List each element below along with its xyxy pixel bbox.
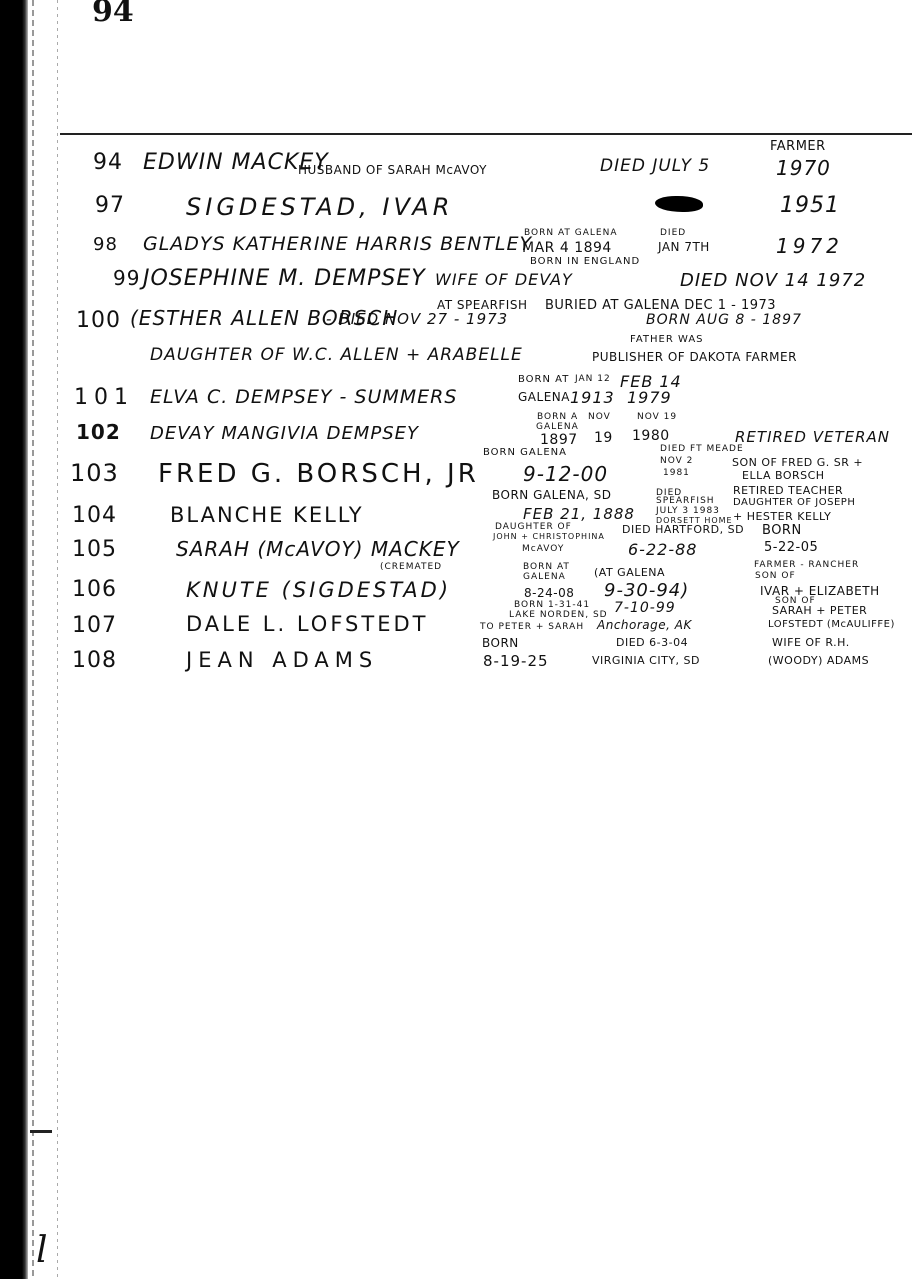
entry-number: 103 xyxy=(70,459,119,487)
entry-name: DALE L. LOFSTEDT xyxy=(186,612,428,636)
entry-note: BORN AT xyxy=(523,562,570,572)
entry-note: DIED 6-3-04 xyxy=(616,636,688,649)
entry-note: LAKE NORDEN, SD xyxy=(509,610,608,620)
entry-note: BORN AT GALENA xyxy=(524,228,617,238)
entry-note: 8-19-25 xyxy=(483,652,549,670)
entry-note: 6-22-88 xyxy=(628,540,697,559)
entry-note: BORN AUG 8 - 1897 xyxy=(646,312,802,328)
entry-note: RETIRED TEACHER xyxy=(733,484,843,497)
entry-note: WIFE OF R.H. xyxy=(772,636,850,649)
entry-note: BORN GALENA xyxy=(483,447,567,458)
ink-blot xyxy=(655,196,703,212)
entry-number: 104 xyxy=(72,503,117,528)
entry-note: AT SPEARFISH xyxy=(437,298,528,312)
header-rule xyxy=(60,133,912,135)
entry-note: JOHN + CHRISTOPHINA xyxy=(493,532,605,541)
entry-note: + HESTER KELLY xyxy=(733,510,831,523)
page-number: 94 xyxy=(92,0,134,29)
entry-note: 9-30-94) xyxy=(604,580,689,601)
entry-note: JAN 7TH xyxy=(658,240,710,254)
book-binding-shadow xyxy=(0,0,28,1279)
entry-note: BORN 1-31-41 xyxy=(514,600,590,610)
entry-note: BORN GALENA, SD xyxy=(492,488,612,502)
entry-name: SARAH (McAVOY) MACKEY xyxy=(176,537,460,561)
entry-note: GALENA xyxy=(523,572,566,582)
entry-note: DIED JULY 5 xyxy=(600,156,710,176)
entry-note: FATHER WAS xyxy=(630,334,704,345)
entry-note: SON OF xyxy=(755,571,796,581)
entry-note: FARMER - RANCHER xyxy=(754,560,859,570)
entry-number: 106 xyxy=(72,577,117,602)
entry-note: 1981 xyxy=(663,468,690,478)
entry-note: BORN AT xyxy=(518,374,569,385)
entry-note: TO PETER + SARAH xyxy=(480,622,584,632)
entry-note: FARMER xyxy=(770,139,826,154)
entry-note: 1979 xyxy=(627,388,672,407)
entry-note: RETIRED VETERAN xyxy=(735,428,890,446)
entry-note: LOFSTEDT (McAULIFFE) xyxy=(768,619,895,630)
entry-number: 105 xyxy=(72,537,117,562)
entry-note: 1951 xyxy=(780,193,840,218)
entry-number: 97 xyxy=(95,193,125,218)
entry-name: GLADYS KATHERINE HARRIS BENTLEY xyxy=(143,233,532,255)
entry-note: SON OF FRED G. SR + xyxy=(732,456,863,469)
entry-note: 9-12-00 xyxy=(523,462,608,486)
entry-note: 7-10-99 xyxy=(614,600,676,616)
entry-number: 101 xyxy=(74,385,134,410)
entry-line-2-note: PUBLISHER OF DAKOTA FARMER xyxy=(592,350,797,364)
entry-name: JEAN ADAMS xyxy=(186,648,378,672)
entry-note: BURIED AT GALENA DEC 1 - 1973 xyxy=(545,298,776,313)
entry-note: NOV 19 xyxy=(637,412,677,422)
entry-number: 94 xyxy=(93,150,123,175)
entry-note: BORN xyxy=(482,636,519,650)
entry-note: DIED HARTFORD, SD xyxy=(622,523,744,536)
entry-note: GALENA xyxy=(518,390,570,404)
entry-note: - DIED NOV 27 - 1973 xyxy=(326,310,508,328)
entry-note: GALENA xyxy=(536,422,579,432)
entry-note: ELLA BORSCH xyxy=(742,469,825,482)
entry-note: JAN 12 xyxy=(575,374,611,384)
entry-note: DAUGHTER OF xyxy=(495,522,572,532)
entry-note: 19 xyxy=(594,430,613,446)
entry-note: 1972 xyxy=(776,234,843,258)
entry-note: (CREMATED xyxy=(380,562,442,572)
entry-note: NOV xyxy=(588,412,611,422)
entry-note: 8-24-08 xyxy=(524,586,574,600)
entry-note: 1913 xyxy=(570,388,615,407)
entry-note: DIED xyxy=(660,228,686,238)
entry-note: BORN IN ENGLAND xyxy=(530,256,640,267)
entry-note: McAVOY xyxy=(522,544,564,554)
entry-name: BLANCHE KELLY xyxy=(170,503,364,527)
entry-note: DIED NOV 14 1972 xyxy=(680,270,866,291)
entry-note: (WOODY) ADAMS xyxy=(768,654,869,667)
entry-note: BORN A xyxy=(537,412,578,422)
entry-number: 102 xyxy=(76,420,121,444)
entry-note: JULY 3 1983 xyxy=(656,506,720,516)
margin-tick-mark xyxy=(30,1130,52,1133)
margin-handwriting: l xyxy=(36,1230,48,1271)
entry-note: MAR 4 1894 xyxy=(522,240,612,256)
binding-edge xyxy=(32,0,34,1279)
entry-number: 100 xyxy=(76,308,121,333)
entry-name: JOSEPHINE M. DEMPSEY xyxy=(143,266,426,291)
entry-note: 1980 xyxy=(632,428,670,444)
entry-note: Anchorage, AK xyxy=(597,618,692,632)
entry-name: DEVAY MANGIVIA DEMPSEY xyxy=(150,423,419,444)
entry-name: KNUTE (SIGDESTAD) xyxy=(186,578,451,602)
entry-note: 5-22-05 xyxy=(764,540,818,555)
entry-number: 98 xyxy=(93,234,118,255)
entry-number: 99 xyxy=(113,266,140,290)
entry-name: SIGDESTAD, IVAR xyxy=(186,193,453,221)
entry-note: FEB 21, 1888 xyxy=(523,505,635,523)
entry-name: ELVA C. DEMPSEY - SUMMERS xyxy=(150,386,457,408)
entry-note: VIRGINIA CITY, SD xyxy=(592,654,700,667)
entry-note: HUSBAND OF SARAH McAVOY xyxy=(298,163,487,177)
entry-note: NOV 2 xyxy=(660,456,693,466)
entry-line-2: DAUGHTER OF W.C. ALLEN + ARABELLE xyxy=(150,345,523,365)
entry-note: DAUGHTER OF JOSEPH xyxy=(733,497,855,508)
entry-note: BORN xyxy=(762,523,802,538)
entry-name: FRED G. BORSCH, JR xyxy=(158,459,479,489)
margin-rule xyxy=(57,0,58,1279)
entry-note: SARAH + PETER xyxy=(772,604,867,617)
entry-number: 108 xyxy=(72,648,117,673)
entry-note: 1970 xyxy=(776,156,831,180)
entry-note: DIED FT MEADE xyxy=(660,444,744,454)
entry-note: (AT GALENA xyxy=(594,566,665,579)
entry-note: SPEARFISH xyxy=(656,496,715,506)
entry-note: 1897 xyxy=(540,432,578,448)
entry-note: WIFE OF DEVAY xyxy=(435,270,573,289)
entry-number: 107 xyxy=(72,613,117,638)
